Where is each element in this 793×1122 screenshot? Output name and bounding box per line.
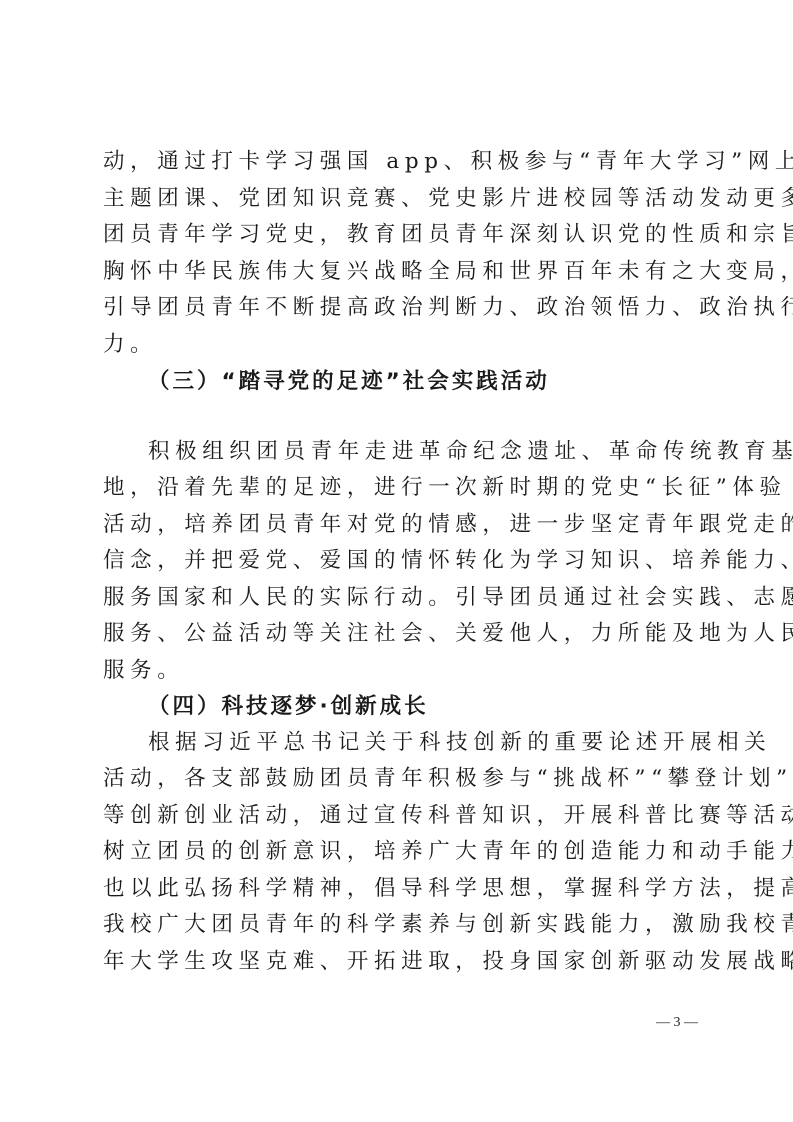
text-line: 树立团员的创新意识，培养广大青年的创造能力和动手能力； xyxy=(103,838,693,866)
text-line: 动，通过打卡学习强国 app、积极参与“青年大学习”网上 xyxy=(103,148,693,176)
text-line: 服务。 xyxy=(103,657,693,685)
text-line: 积极组织团员青年走进革命纪念遗址、革命传统教育基 xyxy=(148,438,693,466)
section-heading-3: （三）“踏寻党的足迹”社会实践活动 xyxy=(148,368,550,396)
text-line: 服务国家和人民的实际行动。引导团员通过社会实践、志愿 xyxy=(103,584,693,612)
text-line: 团员青年学习党史，教育团员青年深刻认识党的性质和宗旨， xyxy=(103,221,693,249)
text-line: 信念，并把爱党、爱国的情怀转化为学习知识、培养能力、 xyxy=(103,547,693,575)
text-line: 年大学生攻坚克难、开拓进取，投身国家创新驱动发展战略。 xyxy=(103,948,693,976)
text-line: 力。 xyxy=(103,331,693,359)
text-line: 也以此弘扬科学精神，倡导科学思想，掌握科学方法，提高 xyxy=(103,875,693,903)
text-line: 主题团课、党团知识竞赛、党史影片进校园等活动发动更多 xyxy=(103,185,693,213)
text-line: 根据习近平总书记关于科技创新的重要论述开展相关 xyxy=(148,729,693,757)
text-line: 活动，各支部鼓励团员青年积极参与“挑战杯”“攀登计划” xyxy=(103,765,693,793)
text-line: 胸怀中华民族伟大复兴战略全局和世界百年未有之大变局， xyxy=(103,258,693,286)
page-number: — 3 — xyxy=(656,1014,698,1032)
section-heading-4: （四）科技逐梦·创新成长 xyxy=(148,693,429,721)
text-line: 我校广大团员青年的科学素养与创新实践能力，激励我校青 xyxy=(103,911,693,939)
text-line: 引导团员青年不断提高政治判断力、政治领悟力、政治执行 xyxy=(103,294,693,322)
text-line: 等创新创业活动，通过宣传科普知识，开展科普比赛等活动 xyxy=(103,802,693,830)
text-line: 服务、公益活动等关注社会、关爱他人，力所能及地为人民 xyxy=(103,620,693,648)
text-line: 活动，培养团员青年对党的情感，进一步坚定青年跟党走的 xyxy=(103,511,693,539)
text-line: 地，沿着先辈的足迹，进行一次新时期的党史“长征”体验 xyxy=(103,474,693,502)
document-page: 动，通过打卡学习强国 app、积极参与“青年大学习”网上 主题团课、党团知识竞赛… xyxy=(0,0,793,1122)
